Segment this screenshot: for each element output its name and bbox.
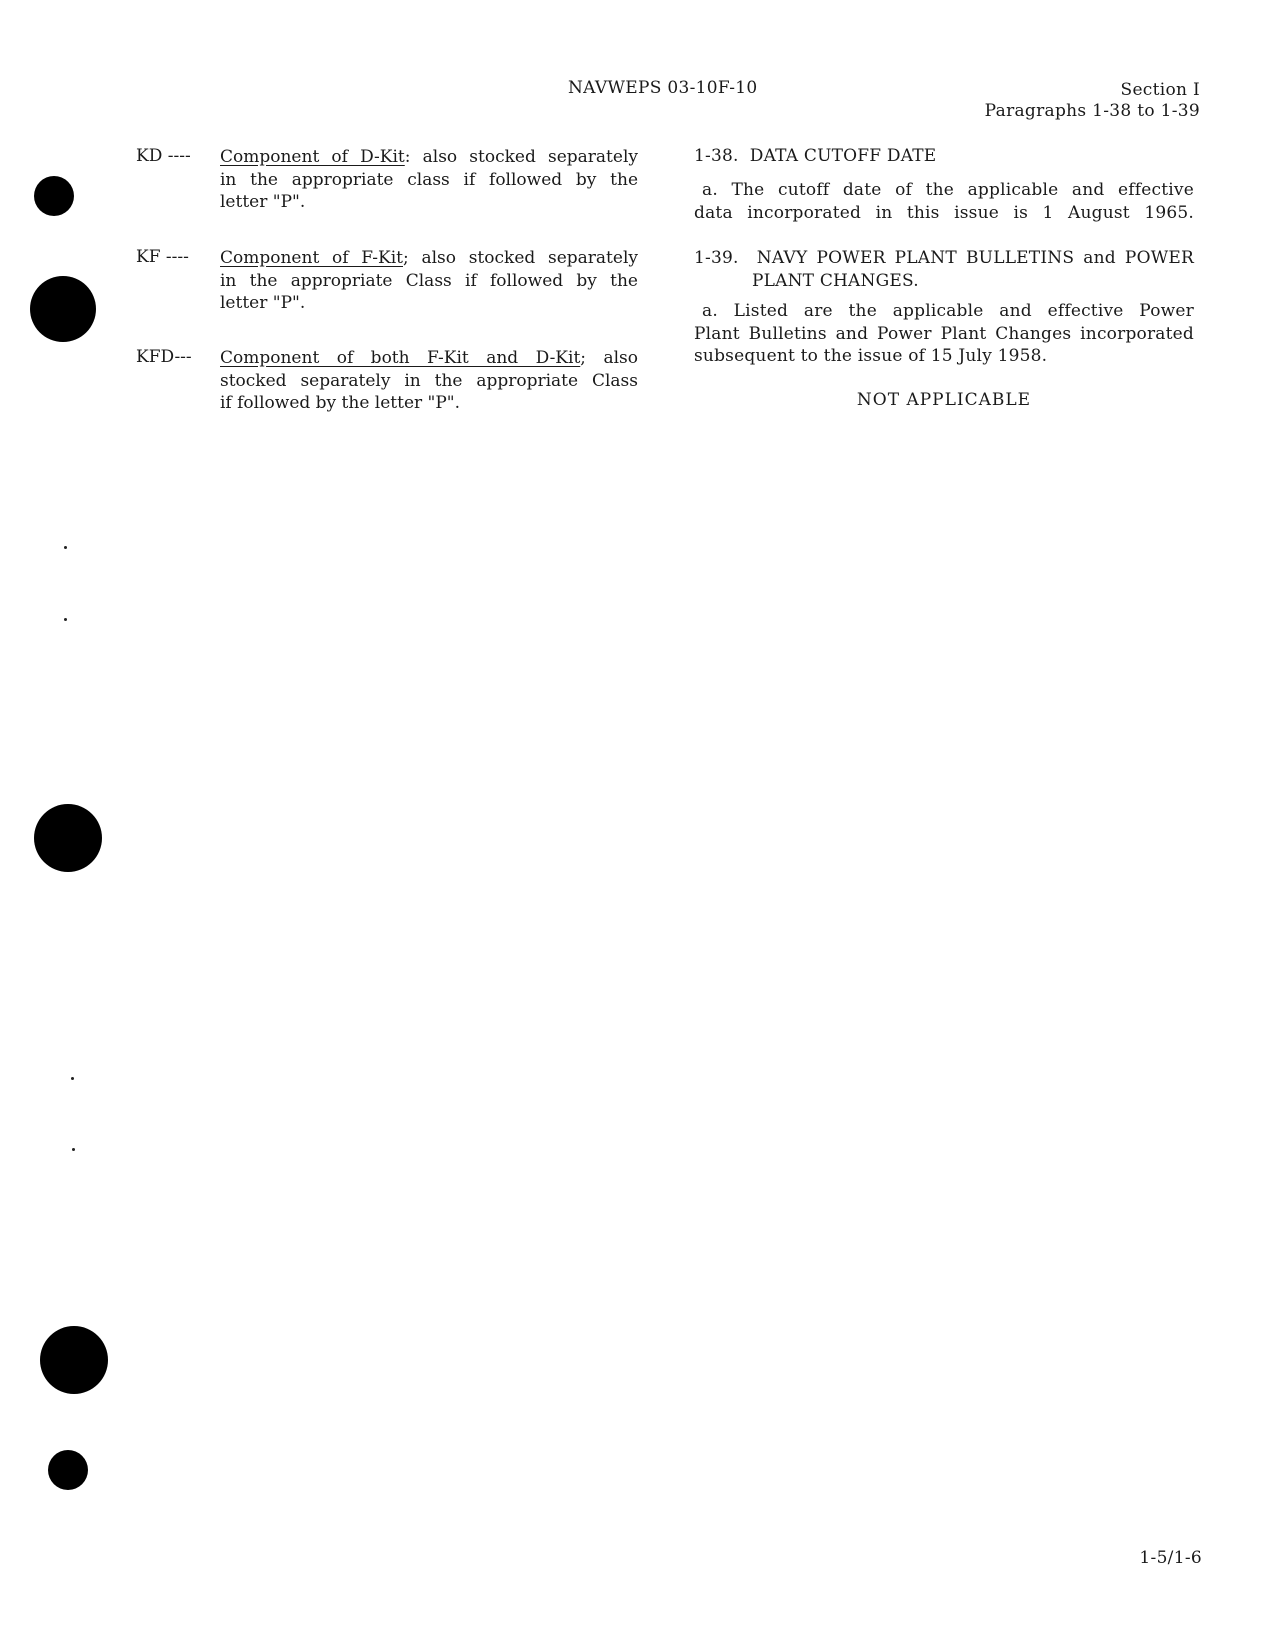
document-number: NAVWEPS 03-10F-10 bbox=[568, 78, 757, 98]
scan-speck bbox=[64, 618, 67, 621]
definition-code: KF ---- bbox=[136, 247, 189, 267]
binder-hole bbox=[48, 1450, 88, 1490]
section-label: Section I bbox=[1121, 80, 1201, 100]
paragraph-1-38-heading: 1-38. DATA CUTOFF DATE bbox=[694, 145, 936, 168]
scan-speck bbox=[72, 1148, 75, 1151]
paragraph-1-39-heading: 1-39. NAVY POWER PLANT BULLETINS and POW… bbox=[694, 247, 1194, 292]
binder-hole bbox=[34, 804, 102, 872]
binder-hole bbox=[30, 276, 96, 342]
scan-speck bbox=[71, 1077, 74, 1080]
page-number: 1-5/1-6 bbox=[1139, 1548, 1202, 1568]
paragraph-1-39-body: a. Listed are the applicable and effecti… bbox=[694, 300, 1194, 368]
paragraph-1-38-body: a. The cutoff date of the applicable and… bbox=[694, 179, 1194, 224]
definition-text: Component of both F-Kit and D-Kit; also … bbox=[220, 347, 638, 415]
binder-hole bbox=[34, 176, 74, 216]
binder-hole bbox=[40, 1326, 108, 1394]
scan-speck bbox=[64, 546, 67, 549]
definition-text: Component of F-Kit; also stocked separat… bbox=[220, 247, 638, 315]
definition-code: KD ---- bbox=[136, 146, 191, 166]
not-applicable-notice: NOT APPLICABLE bbox=[694, 389, 1194, 412]
definition-code: KFD--- bbox=[136, 347, 192, 367]
definition-text: Component of D-Kit: also stocked separat… bbox=[220, 146, 638, 214]
paragraph-range: Paragraphs 1-38 to 1-39 bbox=[985, 101, 1200, 121]
